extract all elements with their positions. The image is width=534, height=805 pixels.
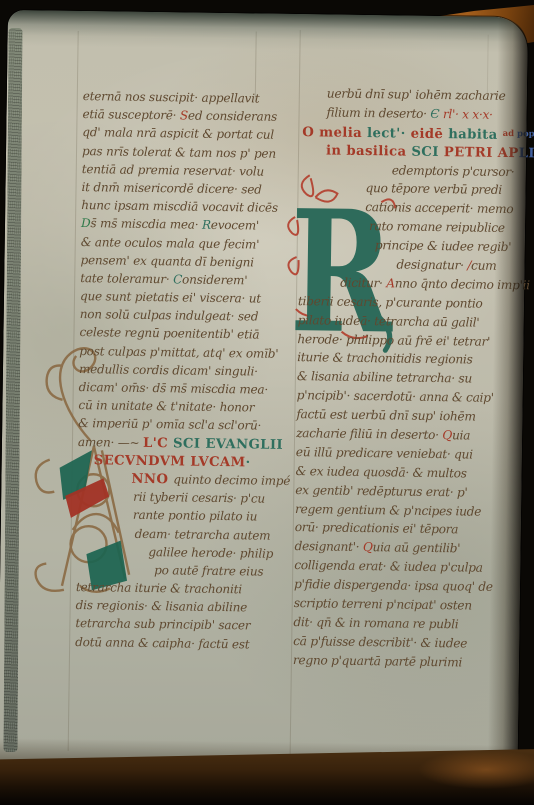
- text-segment: L'C: [143, 435, 173, 450]
- text-segment: uia: [452, 428, 470, 442]
- text-segment: tiberii cesaris, p'curante pontio: [298, 294, 483, 311]
- text-segment: popl'm: [517, 129, 534, 139]
- text-segment: quo tēpore verbū predi: [365, 181, 502, 197]
- text-segment: dis regionis· & lisania abiline: [76, 598, 248, 614]
- text-line: dotū anna & caipha· factū est: [75, 633, 299, 654]
- text-line: SECVNDVM LVCAM·: [78, 451, 302, 472]
- text-line: regno p'quartā partē plurimi: [293, 651, 521, 673]
- manuscript-photo: A R e: [0, 0, 534, 805]
- text-segment: pas nrīs tolerat & tam nos p' pen: [82, 144, 276, 161]
- text-line: in basilica SCI PETRI APLI·: [300, 141, 528, 163]
- text-segment: colligenda erat· & iudea p'culpa: [294, 558, 483, 575]
- text-segment: celeste regnū poenitentib' etiā: [79, 325, 259, 342]
- text-segment: medullis cordis dicam' singuli·: [79, 362, 258, 378]
- text-segment: principe & iudee regib': [375, 238, 512, 254]
- text-segment: nno q̄nto decimo imp'ii: [395, 276, 530, 292]
- text-segment: uerbū dnī sup' iohēm zacharie: [327, 86, 506, 102]
- text-segment: evocem': [211, 218, 259, 233]
- text-segment: designatur·: [396, 257, 467, 272]
- text-segment: que sunt pietatis ei' viscera· ut: [80, 289, 261, 306]
- text-segment: tetrarcha iturie & trachoniti: [76, 580, 242, 596]
- text-segment: C: [173, 272, 182, 286]
- text-segment: orū· predicationis ei' tēpora: [295, 521, 459, 537]
- text-line: ex gentib' redēpturus erat· p': [295, 481, 523, 503]
- text-segment: cū in unitate & t'nitate· honor: [78, 398, 254, 414]
- text-segment: tate toleramur·: [80, 271, 173, 286]
- text-segment: scriptio terreni p'ncipat' osten: [294, 596, 472, 612]
- text-segment: it dnm̄ misericordē dicere· sed: [81, 180, 261, 197]
- text-segment: NNO: [131, 472, 173, 488]
- text-segment: pilato iudeā· tetrarcha aū galil': [298, 313, 480, 330]
- text-segment: cā p'fuisse describit'· & iudee: [293, 634, 467, 650]
- text-segment: dit· qn̄ & in romana re publi: [293, 615, 458, 631]
- text-segment: iturie & trachonitidis regionis: [297, 351, 473, 367]
- text-segment: in basilica: [326, 143, 412, 159]
- text-segment: eidē: [411, 126, 449, 142]
- left-text-column: eternā nos suscipit· appellavitetiā susc…: [75, 87, 307, 654]
- text-segment: cum: [471, 259, 497, 273]
- text-segment: Q: [363, 540, 373, 554]
- text-segment: ex gentib' redēpturus erat· p': [295, 483, 467, 499]
- text-segment: LI·: [519, 146, 534, 161]
- text-segment: R: [202, 218, 211, 232]
- text-segment: po autē fratre eius: [154, 563, 263, 579]
- text-segment: PETRI: [444, 145, 498, 161]
- text-segment: post culpas p'mittat, atq' ex omīb': [79, 344, 278, 361]
- text-segment: rato romane reipublice: [369, 219, 505, 235]
- text-segment: quinto decimo impé: [173, 472, 290, 488]
- text-segment: designant'·: [294, 539, 363, 554]
- text-segment: uia aū gentilib': [372, 541, 460, 556]
- text-segment: p'fidie dispergenda· ipsa quoq' de: [294, 577, 493, 594]
- text-segment: habita: [448, 127, 503, 143]
- text-segment: dicitur·: [340, 276, 386, 291]
- text-segment: regno p'quartā partē plurimi: [293, 653, 462, 669]
- text-segment: tetrarcha sub principib' sacer: [75, 616, 250, 632]
- text-segment: galilee herode· philip: [148, 545, 273, 561]
- text-segment: lect'·: [367, 126, 411, 142]
- text-line: Ds̄ ms̄ miscdia mea· Revocem': [81, 214, 305, 235]
- text-segment: SCI: [411, 144, 444, 159]
- text-segment: edemptoris p'cursor·: [392, 163, 515, 179]
- text-segment: & imperiū p' omīa scl'a scl'orū·: [78, 416, 261, 433]
- text-segment: rante pontio pilato iu: [133, 508, 257, 524]
- text-line: pilato iudeā· tetrarcha aū galil': [298, 311, 526, 333]
- text-segment: ·: [245, 455, 250, 470]
- right-text-column: uerbū dnī sup' iohēm zachariefilium in d…: [293, 84, 529, 673]
- parchment-page: A R e: [0, 10, 528, 771]
- text-segment: onsiderem': [182, 272, 247, 287]
- text-segment: A: [386, 276, 395, 290]
- text-segment: ed considerans: [188, 109, 277, 124]
- text-segment: factū est uerbū dnī sup' iohēm: [296, 407, 475, 424]
- text-segment: SCI EVANGLII: [173, 436, 283, 453]
- text-segment: Q: [442, 428, 452, 442]
- text-segment: cationis acceperit· memo: [365, 200, 513, 216]
- text-segment: rl'· x x·x·: [439, 107, 493, 122]
- text-segment: tentiā ad premia reservat· volu: [82, 162, 264, 179]
- text-segment: deam· tetrarcha autem: [135, 526, 271, 542]
- text-segment: eternā nos suscipit· appellavit: [83, 89, 260, 105]
- text-segment: LVCAM: [190, 454, 245, 470]
- text-segment: & lisania abiline tetrarcha· su: [297, 369, 472, 385]
- text-segment: s̄ ms̄ miscdia mea·: [90, 216, 202, 232]
- text-segment: qd' mala nrā aspicit & portat cul: [82, 125, 274, 142]
- text-segment: filium in deserto·: [327, 105, 431, 120]
- text-segment: SECVNDVM: [94, 453, 191, 469]
- text-segment: rii tyberii cesaris· p'cu: [133, 490, 265, 506]
- text-segment: amen· —~: [78, 435, 143, 450]
- text-segment: pensem' ex quanta dī benigni: [80, 253, 254, 269]
- text-segment: etiā susceptorē·: [82, 107, 180, 122]
- text-segment: ad: [503, 129, 518, 139]
- text-segment: herode· philippo aū frē ei' tetrar': [297, 332, 490, 349]
- text-segment: & ante oculos mala que fecim': [81, 235, 260, 251]
- text-segment: regem gentium & p'ncipes iude: [295, 502, 481, 519]
- text-segment: non solū culpas indulgeat· sed: [80, 307, 259, 323]
- text-segment: O melia: [302, 125, 367, 141]
- text-segment: eū illū predicare veniebat· qui: [296, 445, 473, 461]
- text-segment: AP: [498, 146, 519, 161]
- text-segment: dotū anna & caipha· factū est: [75, 635, 249, 651]
- text-segment: dicam' om̄s· ds̄ ms̄ miscdia mea·: [79, 380, 269, 397]
- text-segment: Є: [430, 107, 439, 121]
- text-segment: zacharie filiū in deserto·: [296, 426, 442, 442]
- text-segment: p'ncipib'· sacerdotū· anna & caip': [297, 388, 494, 405]
- text-segment: & ex iudea quosdā· & multos: [295, 464, 466, 480]
- text-segment: hunc ipsam miscdiā vocavit dicēs: [81, 198, 278, 215]
